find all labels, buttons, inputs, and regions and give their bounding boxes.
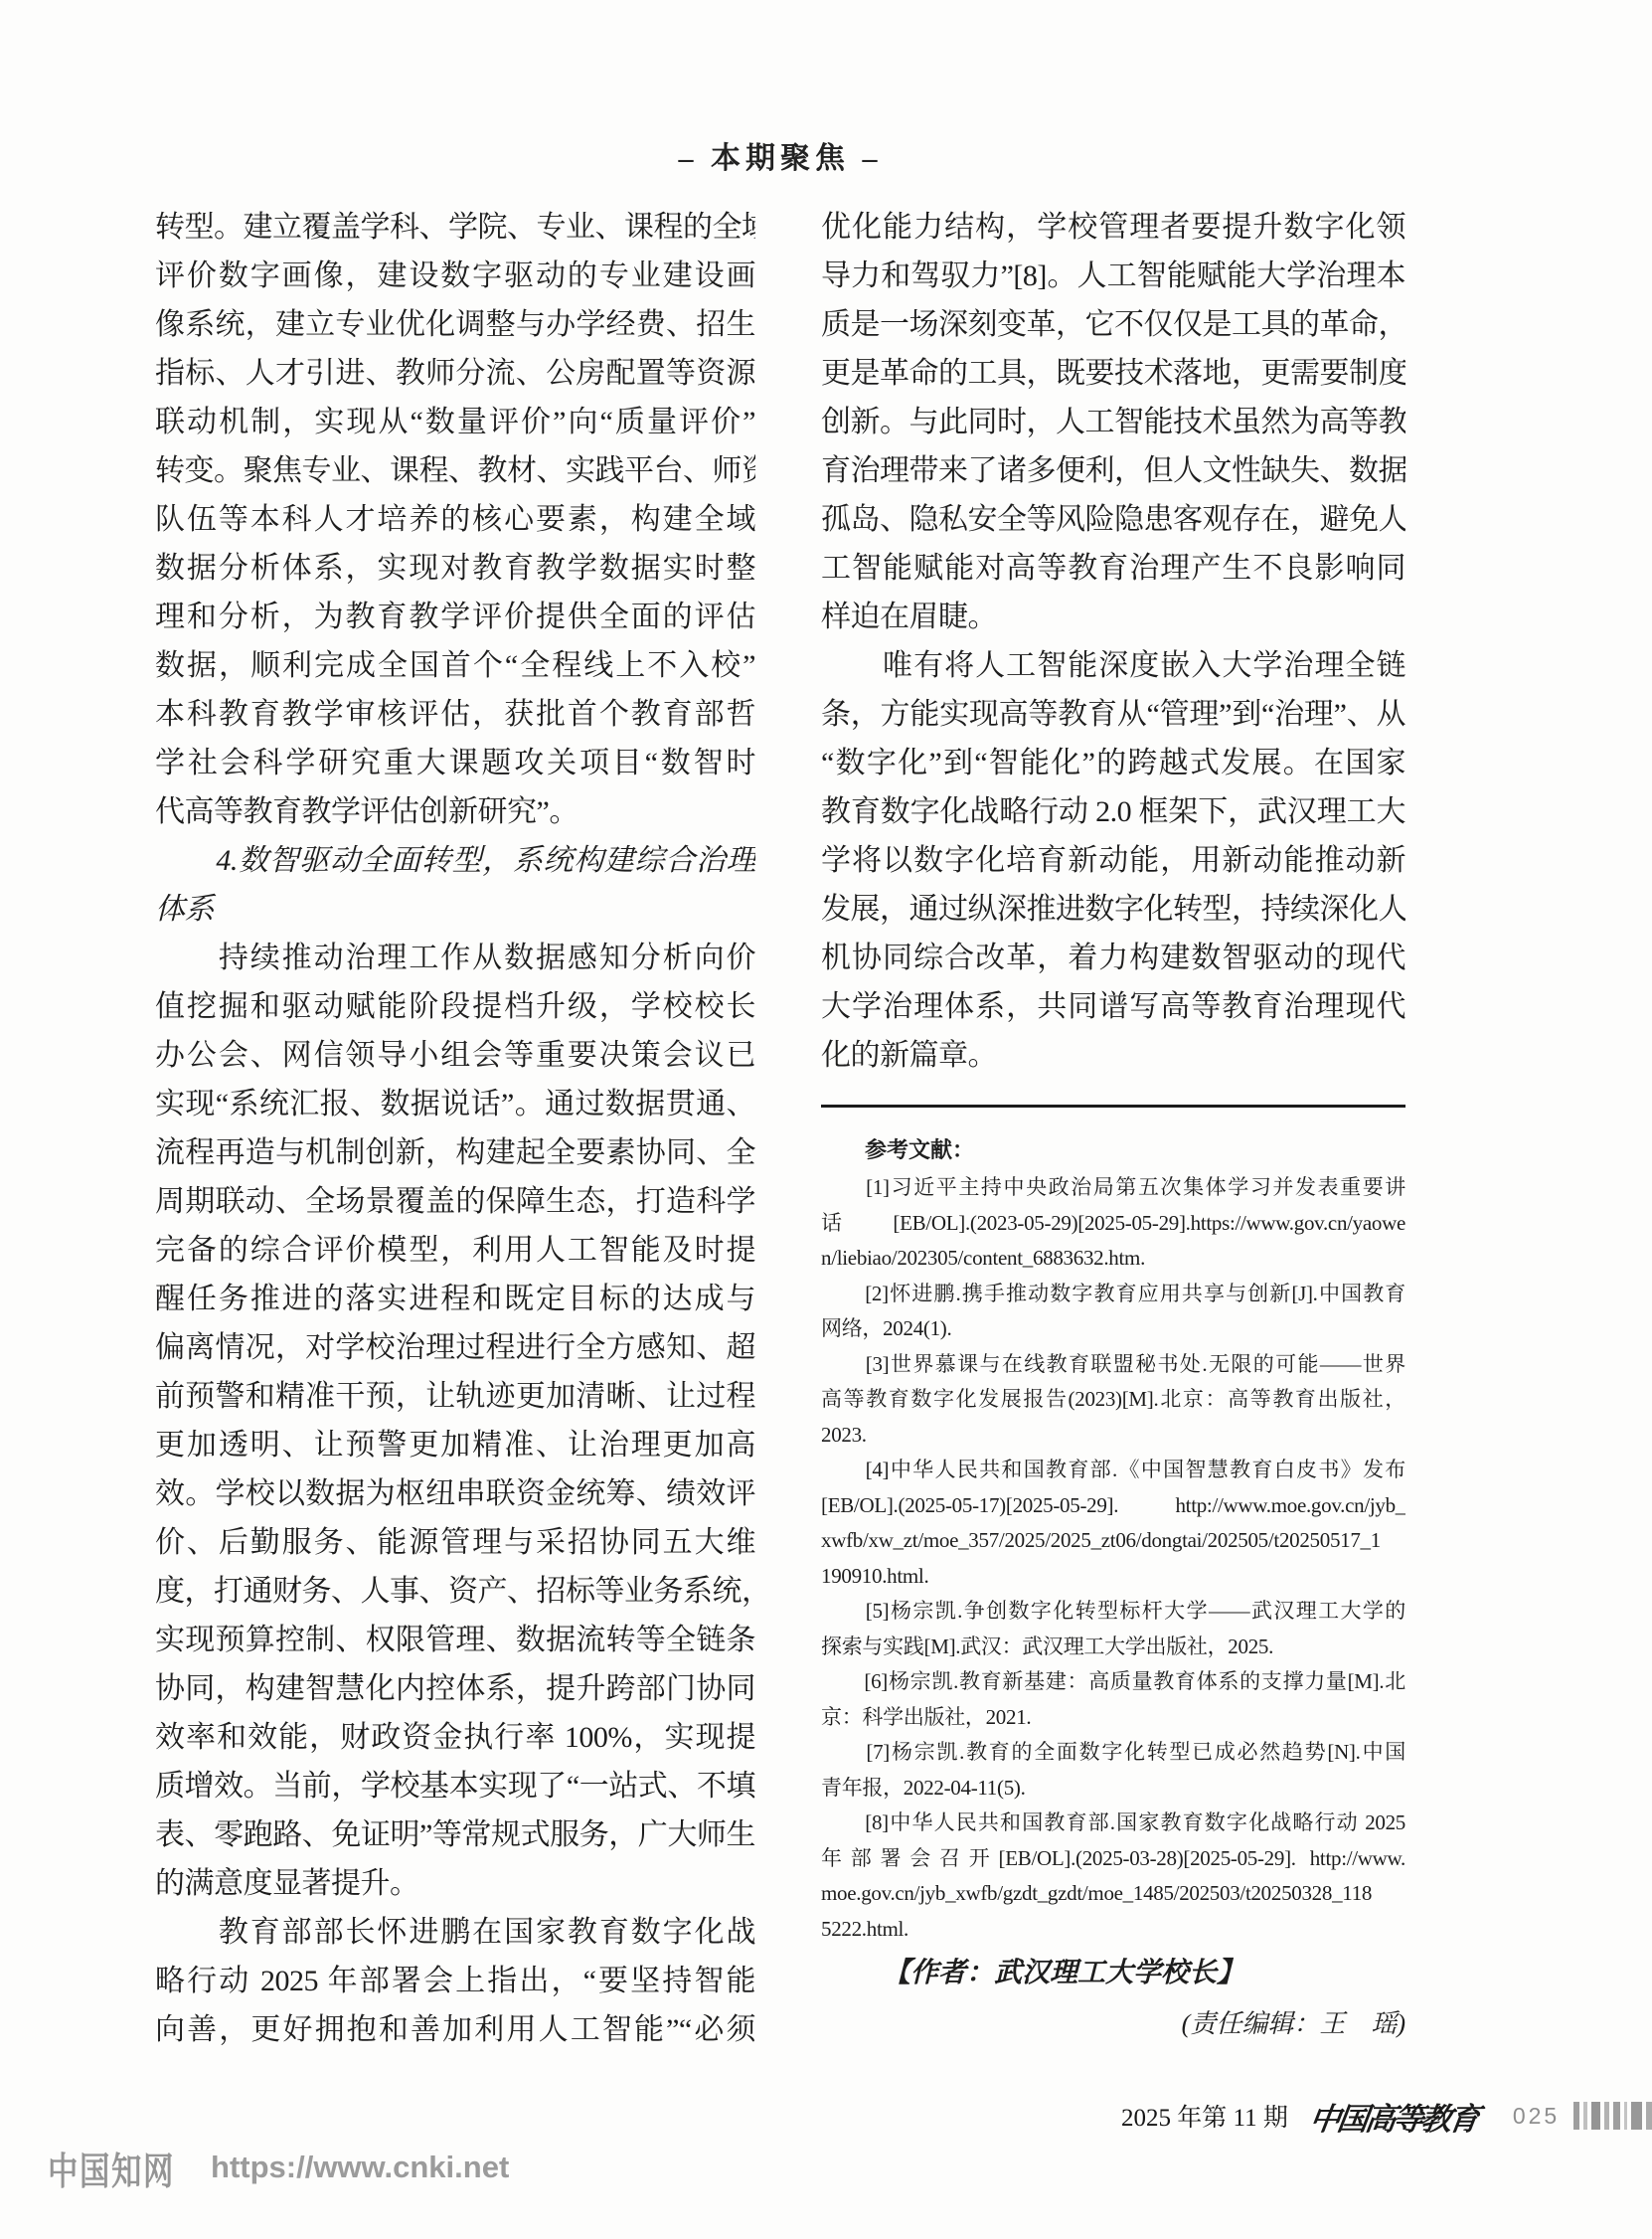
text-line: [6]杨宗凯.教育新基建：高质量教育体系的支撑力量[M].北	[821, 1664, 1405, 1700]
text-line: 表、零跑路、免证明”等常规式服务，广大师生	[155, 1810, 755, 1859]
text-line: 办公会、网信领导小组会等重要决策会议已	[155, 1031, 755, 1080]
text-line: 实现“系统汇报、数据说话”。通过数据贯通、	[155, 1080, 755, 1128]
text-line: 4.数智驱动全面转型，系统构建综合治理	[155, 836, 755, 885]
left-text-column: 转型。建立覆盖学科、学院、专业、课程的全域评价数字画像，建设数字驱动的专业建设画…	[155, 203, 755, 2054]
text-line: 完备的综合评价模型，利用人工智能及时提	[155, 1226, 755, 1275]
reference-item: [8]中华人民共和国教育部.国家教育数字化战略行动 2025年部署会召开[EB/…	[821, 1806, 1405, 1947]
text-line: 转型。建立覆盖学科、学院、专业、课程的全域	[155, 203, 755, 252]
text-line: 导力和驾驭力”[8]。人工智能赋能大学治理本	[821, 252, 1405, 300]
text-line: 理和分析，为教育教学评价提供全面的评估	[155, 593, 755, 641]
text-line: 持续推动治理工作从数据感知分析向价	[155, 934, 755, 982]
text-line: 向善，更好拥抱和善加利用人工智能”“必须	[155, 2005, 755, 2054]
barcode-bar	[1573, 2102, 1579, 2130]
text-line: 条，方能实现高等教育从“管理”到“治理”、从	[821, 690, 1405, 739]
reference-item: [6]杨宗凯.教育新基建：高质量教育体系的支撑力量[M].北京：科学出版社，20…	[821, 1664, 1405, 1735]
text-line: 偏离情况，对学校治理过程进行全方感知、超	[155, 1323, 755, 1372]
text-line: 协同，构建智慧化内控体系，提升跨部门协同	[155, 1664, 755, 1713]
cnki-watermark: 中国知网 https://www.cnki.net	[48, 2140, 509, 2195]
reference-item: [4]中华人民共和国教育部.《中国智慧教育白皮书》发布[EB/OL].(2025…	[821, 1453, 1405, 1594]
editor-line: (责任编辑：王 瑶)	[821, 2002, 1405, 2046]
cnki-logo-text: 中国知网	[48, 2141, 175, 2195]
issue-focus-header: – 本期聚焦 –	[155, 133, 1405, 177]
text-line: 本科教育教学审核评估，获批首个教育部哲	[155, 690, 755, 739]
reference-item: [2]怀进鹏.携手推动数字教育应用共享与创新[J].中国教育网络，2024(1)…	[821, 1277, 1405, 1347]
page-footer: 2025 年第 11 期 中国高等教育 025	[1121, 2090, 1652, 2142]
barcode-bar	[1613, 2102, 1620, 2130]
text-line: 值挖掘和驱动赋能阶段提档升级，学校校长	[155, 982, 755, 1031]
text-line: 效。学校以数据为枢纽串联资金统筹、绩效评	[155, 1469, 755, 1518]
text-line: 度，打通财务、人事、资产、招标等业务系统，	[155, 1567, 755, 1616]
text-line: 青年报，2022-04-11(5).	[821, 1771, 1405, 1807]
text-line: 发展，通过纵深推进数字化转型，持续深化人	[821, 885, 1405, 934]
text-line: 京：科学出版社，2021.	[821, 1700, 1405, 1736]
reference-item: [1]习近平主持中央政治局第五次集体学习并发表重要讲话[EB/OL].(2023…	[821, 1170, 1405, 1277]
text-line: “数字化”到“智能化”的跨越式发展。在国家	[821, 739, 1405, 787]
text-line: 价、后勤服务、能源管理与采招协同五大维	[155, 1518, 755, 1567]
text-line: 网络，2024(1).	[821, 1311, 1405, 1347]
text-line: 教育部部长怀进鹏在国家教育数字化战	[155, 1908, 755, 1957]
text-line: 大学治理体系，共同谱写高等教育治理现代	[821, 982, 1405, 1031]
paragraph: 教育部部长怀进鹏在国家教育数字化战略行动 2025 年部署会上指出，“要坚持智能…	[155, 1908, 755, 2054]
text-line: 联动机制，实现从“数量评价”向“质量评价”	[155, 398, 755, 446]
text-line: 实现预算控制、权限管理、数据流转等全链条	[155, 1616, 755, 1664]
text-line: 2023.	[821, 1418, 1405, 1454]
text-line: 醒任务推进的落实进程和既定目标的达成与	[155, 1275, 755, 1323]
text-line: [2]怀进鹏.携手推动数字教育应用共享与创新[J].中国教育	[821, 1277, 1405, 1312]
text-line: 数据分析体系，实现对教育教学数据实时整	[155, 544, 755, 593]
text-line: [1]习近平主持中央政治局第五次集体学习并发表重要讲	[821, 1170, 1405, 1206]
references-divider-rule	[821, 1105, 1405, 1108]
paragraph: 唯有将人工智能深度嵌入大学治理全链条，方能实现高等教育从“管理”到“治理”、从“…	[821, 641, 1405, 1080]
page-barcode	[1573, 2101, 1652, 2131]
text-line: 像系统，建立专业优化调整与办学经费、招生	[155, 300, 755, 349]
references-list: [1]习近平主持中央政治局第五次集体学习并发表重要讲话[EB/OL].(2023…	[821, 1170, 1405, 1947]
text-line: 指标、人才引进、教师分流、公房配置等资源	[155, 349, 755, 398]
barcode-bar	[1604, 2102, 1609, 2130]
barcode-bar	[1591, 2102, 1600, 2130]
text-line: [4]中华人民共和国教育部.《中国智慧教育白皮书》发布	[821, 1453, 1405, 1488]
text-line: 体系	[155, 885, 755, 934]
text-line: 育治理带来了诸多便利，但人文性缺失、数据	[821, 446, 1405, 495]
author-line: 【作者：武汉理工大学校长】	[821, 1952, 1405, 1995]
text-line: 年部署会召开[EB/OL].(2025-03-28)[2025-05-29]. …	[821, 1841, 1405, 1877]
text-line: 效率和效能，财政资金执行率 100%，实现提	[155, 1713, 755, 1762]
text-line: 创新。与此同时，人工智能技术虽然为高等教	[821, 398, 1405, 446]
text-line: 质是一场深刻变革，它不仅仅是工具的革命，	[821, 300, 1405, 349]
footer-page-number: 025	[1513, 2103, 1560, 2130]
text-line: 的满意度显著提升。	[155, 1859, 755, 1908]
text-line: 前预警和精准干预，让轨迹更加清晰、让过程	[155, 1372, 755, 1421]
text-line: 唯有将人工智能深度嵌入大学治理全链	[821, 641, 1405, 690]
footer-issue-label: 2025 年第 11 期	[1121, 2098, 1288, 2134]
text-line: 学社会科学研究重大课题攻关项目“数智时	[155, 739, 755, 787]
reference-item: [5]杨宗凯.争创数字化转型标杆大学——武汉理工大学的探索与实践[M].武汉：武…	[821, 1594, 1405, 1664]
journal-page: – 本期聚焦 – 转型。建立覆盖学科、学院、专业、课程的全域评价数字画像，建设数…	[0, 0, 1652, 2239]
text-line: [3]世界慕课与在线教育联盟秘书处.无限的可能——世界	[821, 1347, 1405, 1383]
text-line: moe.gov.cn/jyb_xwfb/gzdt_gzdt/moe_1485/2…	[821, 1876, 1405, 1912]
reference-item: [3]世界慕课与在线教育联盟秘书处.无限的可能——世界高等教育数字化发展报告(2…	[821, 1347, 1405, 1454]
text-line: [8]中华人民共和国教育部.国家教育数字化战略行动 2025	[821, 1806, 1405, 1841]
text-line: 周期联动、全场景覆盖的保障生态，打造科学	[155, 1177, 755, 1226]
text-line: n/liebiao/202305/content_6883632.htm.	[821, 1241, 1405, 1277]
text-line: 探索与实践[M].武汉：武汉理工大学出版社，2025.	[821, 1630, 1405, 1665]
text-line: 工智能赋能对高等教育治理产生不良影响同	[821, 544, 1405, 593]
barcode-bar	[1583, 2102, 1587, 2130]
text-line: 教育数字化战略行动 2.0 框架下，武汉理工大	[821, 787, 1405, 836]
references-section: 参考文献： [1]习近平主持中央政治局第五次集体学习并发表重要讲话[EB/OL]…	[821, 1130, 1405, 1947]
text-line: 流程再造与机制创新，构建起全要素协同、全	[155, 1128, 755, 1177]
cnki-url: https://www.cnki.net	[211, 2150, 509, 2185]
paragraph: 优化能力结构，学校管理者要提升数字化领导力和驾驭力”[8]。人工智能赋能大学治理…	[821, 203, 1405, 641]
barcode-bar	[1624, 2102, 1627, 2130]
right-text-column: 优化能力结构，学校管理者要提升数字化领导力和驾驭力”[8]。人工智能赋能大学治理…	[821, 203, 1405, 1080]
text-line: 话[EB/OL].(2023-05-29)[2025-05-29].https:…	[821, 1206, 1405, 1242]
paragraph: 4.数智驱动全面转型，系统构建综合治理体系	[155, 836, 755, 934]
text-line: 代高等教育教学评估创新研究”。	[155, 787, 755, 836]
paragraph: 转型。建立覆盖学科、学院、专业、课程的全域评价数字画像，建设数字驱动的专业建设画…	[155, 203, 755, 836]
text-line: [EB/OL].(2025-05-17)[2025-05-29]. http:/…	[821, 1488, 1405, 1524]
text-line: 孤岛、隐私安全等风险隐患客观存在，避免人	[821, 495, 1405, 544]
text-line: 质增效。当前，学校基本实现了“一站式、不填	[155, 1762, 755, 1810]
paragraph: 持续推动治理工作从数据感知分析向价值挖掘和驱动赋能阶段提档升级，学校校长办公会、…	[155, 934, 755, 1908]
text-line: 学将以数字化培育新动能，用新动能推动新	[821, 836, 1405, 885]
text-line: 队伍等本科人才培养的核心要素，构建全域	[155, 495, 755, 544]
text-line: 190910.html.	[821, 1559, 1405, 1595]
text-line: 转变。聚焦专业、课程、教材、实践平台、师资	[155, 446, 755, 495]
journal-logo: 中国高等教育	[1307, 2094, 1480, 2139]
text-line: 化的新篇章。	[821, 1031, 1405, 1080]
text-line: 优化能力结构，学校管理者要提升数字化领	[821, 203, 1405, 252]
text-line: [5]杨宗凯.争创数字化转型标杆大学——武汉理工大学的	[821, 1594, 1405, 1630]
text-line: 数据，顺利完成全国首个“全程线上不入校”	[155, 641, 755, 690]
text-line: 更是革命的工具，既要技术落地，更需要制度	[821, 349, 1405, 398]
text-line: 评价数字画像，建设数字驱动的专业建设画	[155, 252, 755, 300]
text-line: 高等教育数字化发展报告(2023)[M].北京：高等教育出版社，	[821, 1382, 1405, 1418]
text-line: [7]杨宗凯.教育的全面数字化转型已成必然趋势[N].中国	[821, 1735, 1405, 1771]
text-line: 更加透明、让预警更加精准、让治理更加高	[155, 1421, 755, 1469]
text-line: 样迫在眉睫。	[821, 593, 1405, 641]
text-line: xwfb/xw_zt/moe_357/2025/2025_zt06/dongta…	[821, 1523, 1405, 1559]
references-heading: 参考文献：	[821, 1130, 1405, 1170]
reference-item: [7]杨宗凯.教育的全面数字化转型已成必然趋势[N].中国青年报，2022-04…	[821, 1735, 1405, 1806]
text-line: 略行动 2025 年部署会上指出，“要坚持智能	[155, 1957, 755, 2005]
text-line: 5222.html.	[821, 1912, 1405, 1948]
text-line: 机协同综合改革，着力构建数智驱动的现代	[821, 934, 1405, 982]
barcode-bar	[1646, 2102, 1652, 2130]
barcode-bar	[1631, 2102, 1642, 2130]
